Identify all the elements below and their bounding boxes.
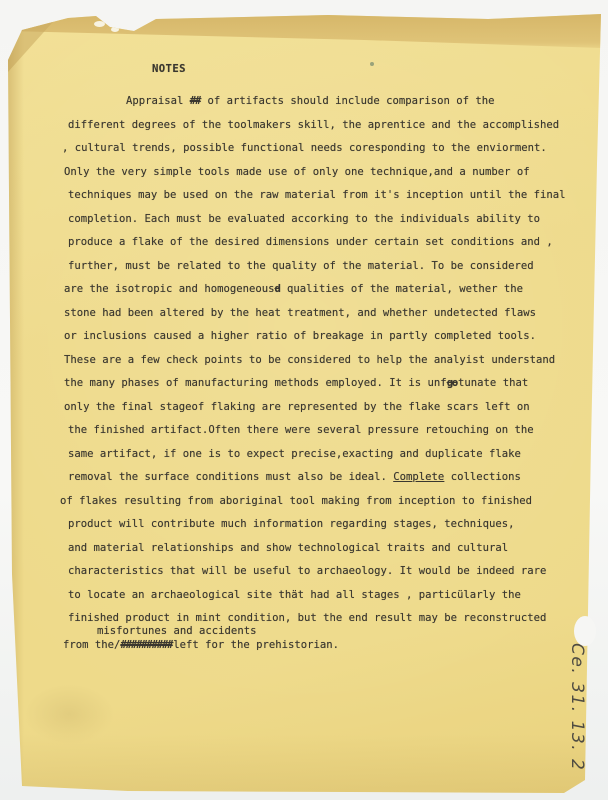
struck-out-text: ########## xyxy=(120,639,172,651)
typed-text: qualities of the material, wether the xyxy=(281,283,523,295)
typed-text: collections xyxy=(444,471,521,483)
catalog-number-annotation: Ce. 31. 13. 2 xyxy=(563,643,587,783)
document-line: different degrees of the toolmakers skil… xyxy=(60,114,565,138)
document-line: from the/##########left for the prehisto… xyxy=(60,638,565,652)
typed-text: stone had been altered by the heat treat… xyxy=(64,307,536,319)
document-line: the finished artifact.Often there were s… xyxy=(60,419,565,443)
struck-out-text: go xyxy=(447,377,457,389)
document-line: same artifact, if one is to expect preci… xyxy=(60,443,565,467)
paper-left-shadow xyxy=(8,14,24,794)
paper-top-fold xyxy=(8,14,602,54)
typed-text: techniques may be used on the raw materi… xyxy=(68,189,565,201)
typed-text: or inclusions caused a higher ratio of b… xyxy=(64,330,536,342)
document-line: stone had been altered by the heat treat… xyxy=(60,302,565,326)
typed-text: from the/ xyxy=(63,639,120,651)
document-line: Only the very simple tools made use of o… xyxy=(60,161,565,185)
typed-text: completion. Each must be evaluated accor… xyxy=(68,213,540,225)
typed-text: different degrees of the toolmakers skil… xyxy=(68,119,559,131)
struck-out-text: d xyxy=(274,283,279,295)
document-line: techniques may be used on the raw materi… xyxy=(60,184,565,208)
typed-text: left for the prehistorian. xyxy=(173,639,339,651)
document-body: Appraisal ## of artifacts should include… xyxy=(60,90,565,652)
paper-edge-notch xyxy=(574,616,596,646)
paper: NOTES Appraisal ## of artifacts should i… xyxy=(8,14,602,794)
document-line: These are a few check points to be consi… xyxy=(60,349,565,373)
scanned-page-background: NOTES Appraisal ## of artifacts should i… xyxy=(0,0,608,800)
typed-text: Appraisal xyxy=(126,95,190,107)
document-line: removal the surface conditions must also… xyxy=(60,466,565,490)
document-line: Appraisal ## of artifacts should include… xyxy=(60,90,565,114)
document-line: the many phases of manufacturing methods… xyxy=(60,372,565,396)
document-line: product will contribute much information… xyxy=(60,513,565,537)
document-line: are the isotropic and homogeneousd quali… xyxy=(60,278,565,302)
typed-text: , cultural trends, possible functional n… xyxy=(62,142,547,154)
paper-smudge xyxy=(24,684,114,744)
document-line: to locate an archaeological site thät h… xyxy=(60,584,565,608)
typed-text: product will contribute much information… xyxy=(68,518,514,530)
typed-text: the finished artifact.Often there were s… xyxy=(68,424,534,436)
typed-text: finished product in mint condition, but … xyxy=(68,612,546,624)
typed-text: further, must be related to the quality … xyxy=(68,260,534,272)
typed-text: Only the very simple tools made use of o… xyxy=(64,166,530,178)
typed-text: same artifact, if one is to expect preci… xyxy=(68,448,521,460)
document-line: of flakes resulting from aboriginal tool… xyxy=(60,490,565,514)
typed-text: characteristics that will be useful to a… xyxy=(68,565,546,577)
paper-fleck xyxy=(370,62,374,66)
typed-text: to locate an archaeological site thät h… xyxy=(68,589,521,601)
paper-tear-speck xyxy=(94,21,105,27)
typed-text: only the final stageof flaking are repre… xyxy=(64,401,530,413)
typed-text: of flakes resulting from aboriginal tool… xyxy=(60,495,532,507)
typed-text: produce a flake of the desired dimension… xyxy=(68,236,553,248)
document-line: produce a flake of the desired dimension… xyxy=(60,231,565,255)
document-line: completion. Each must be evaluated accor… xyxy=(60,208,565,232)
typed-text: These are a few check points to be consi… xyxy=(64,354,555,366)
typed-text: the many phases of manufacturing methods… xyxy=(64,377,447,389)
paper-tear-speck xyxy=(111,27,119,32)
typed-text: and material relationships and show tech… xyxy=(68,542,508,554)
struck-out-text: ## xyxy=(190,95,200,107)
document-line: or inclusions caused a higher ratio of b… xyxy=(60,325,565,349)
document-line: , cultural trends, possible functional n… xyxy=(60,137,565,161)
document-line: only the final stageof flaking are repre… xyxy=(60,396,565,420)
typed-text: tunate that xyxy=(458,377,528,389)
typed-text: are the isotropic and homogeneous xyxy=(64,283,274,295)
document-line: further, must be related to the quality … xyxy=(60,255,565,279)
document-line: and material relationships and show tech… xyxy=(60,537,565,561)
underlined-text: Complete xyxy=(393,471,444,483)
typed-text: of artifacts should include comparison o… xyxy=(201,95,494,107)
document-line: characteristics that will be useful to a… xyxy=(60,560,565,584)
typed-text: removal the surface conditions must also… xyxy=(68,471,393,483)
paper-tear-speck xyxy=(127,19,133,24)
typed-text: misfortunes and accidents xyxy=(97,625,256,637)
page-title: NOTES xyxy=(152,63,186,75)
